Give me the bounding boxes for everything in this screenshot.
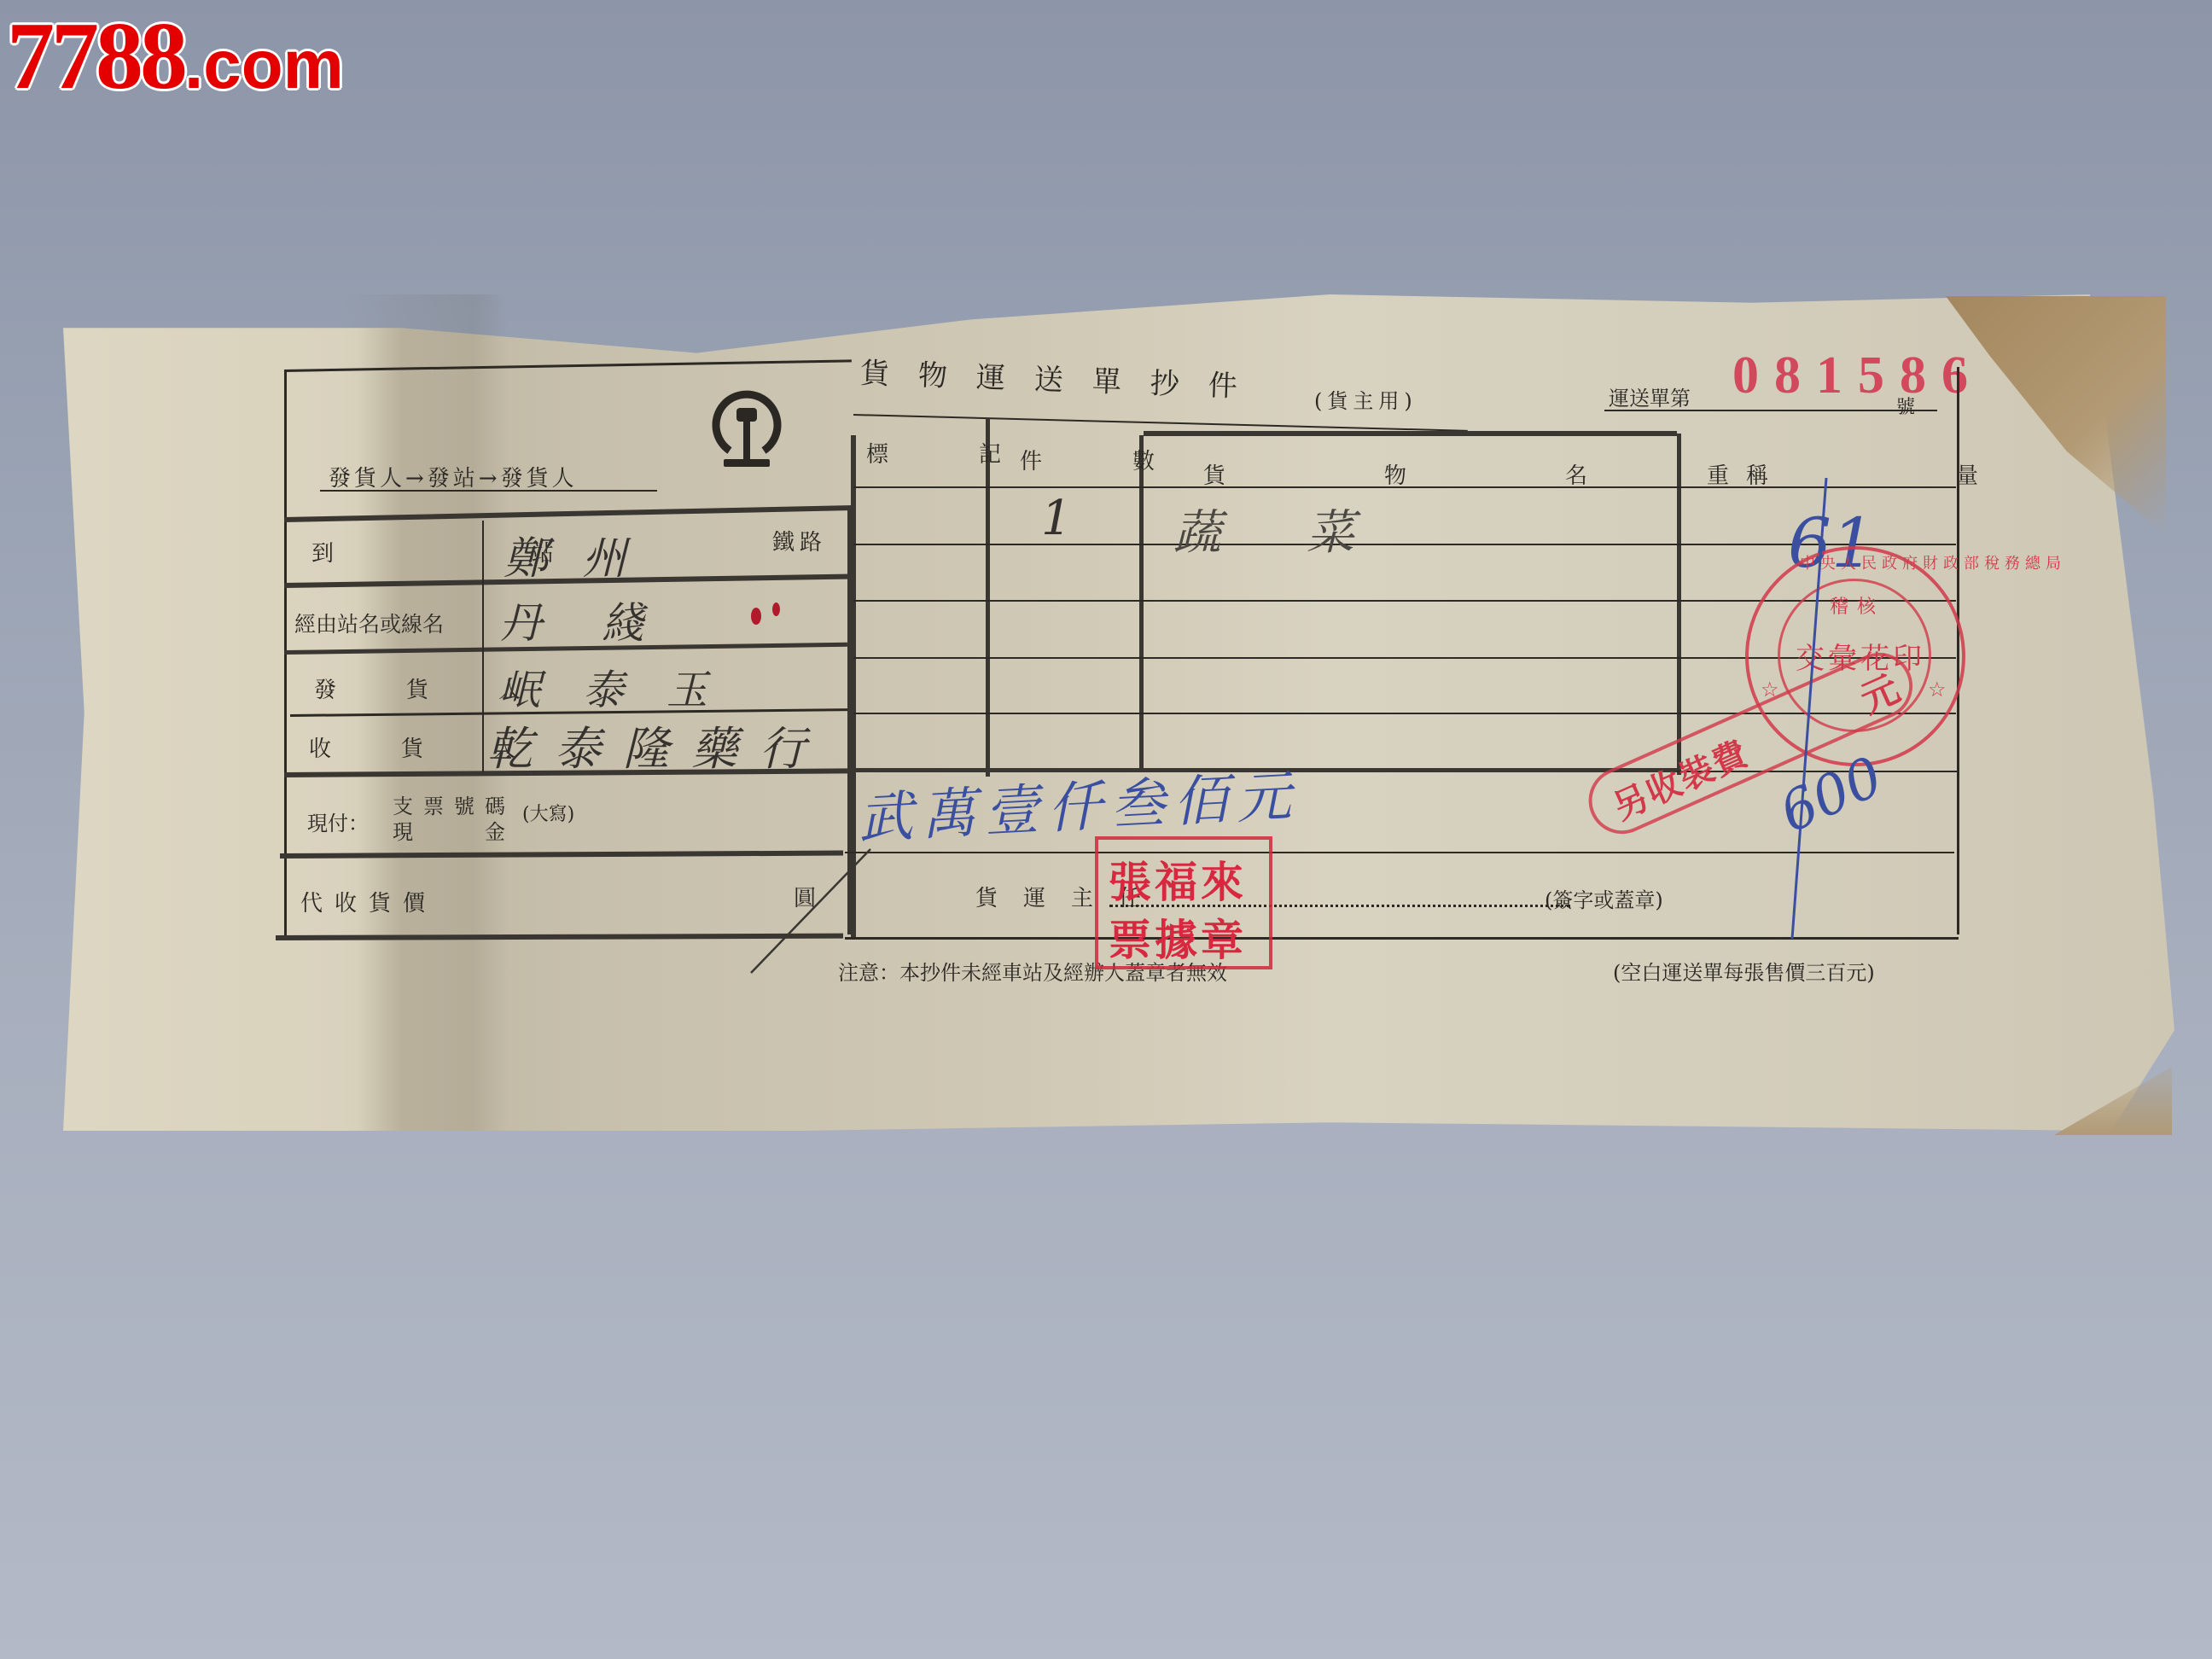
pen-stroke — [742, 845, 879, 981]
railway-suffix: 鐵路 — [772, 525, 827, 556]
route-underline — [320, 490, 657, 492]
arrival-station-value: 鄭州 — [504, 522, 661, 586]
cod-label: 代收貨價 — [300, 886, 437, 917]
payment-option-cash: 現 金 — [393, 815, 515, 845]
via-station-value: 丹綫 — [499, 589, 704, 650]
star-icon: ☆ — [1928, 678, 1947, 701]
header-count: 件 數 — [1020, 444, 1189, 475]
rect-stamp-line-2: 票據章 — [1109, 906, 1247, 968]
watermark-domain: .com — [184, 26, 344, 102]
railway-logo-icon — [708, 382, 785, 476]
header-weight: 重 量 — [1707, 458, 2081, 490]
site-watermark: 7788.com — [7, 9, 344, 104]
goods-count-value: 1 — [1041, 491, 1072, 546]
pen-stroke — [1775, 478, 1843, 956]
doc-number-suffix: 號 — [1896, 393, 1915, 419]
via-station-label: 經由站名或線名 — [294, 608, 444, 638]
doc-number: 081586 — [1732, 346, 1983, 406]
goods-name-value: 蔬菜 — [1173, 495, 1440, 563]
goods-table-col-divider — [986, 418, 990, 777]
payment-label: 現付： — [307, 806, 369, 836]
payment-note: (大寫) — [522, 800, 574, 826]
rect-stamp-line-1: 張福來 — [1109, 848, 1247, 910]
route-label: 發貨人→發站→發貨人 — [329, 461, 578, 492]
sender-value: 岷泰玉 — [499, 657, 750, 716]
red-ink-mark — [772, 602, 780, 616]
document-title-note: (貨主用) — [1314, 384, 1417, 414]
receiver-value: 乾泰隆藥行 — [486, 713, 828, 778]
watermark-number: 7788 — [7, 3, 184, 109]
footer-price: (空白運送單每張售價三百元) — [1613, 956, 1875, 986]
doc-number-label: 運送單第 — [1609, 381, 1691, 411]
doc-number-underline — [1604, 410, 1937, 411]
header-mark: 標 記 — [866, 437, 1035, 469]
ticket-rect-stamp: 張福來 票據章 — [1095, 836, 1272, 969]
goods-table-header-top — [1144, 431, 1677, 436]
red-ink-mark — [751, 608, 761, 625]
signature-label: (簽字或蓋章) — [1545, 883, 1663, 913]
